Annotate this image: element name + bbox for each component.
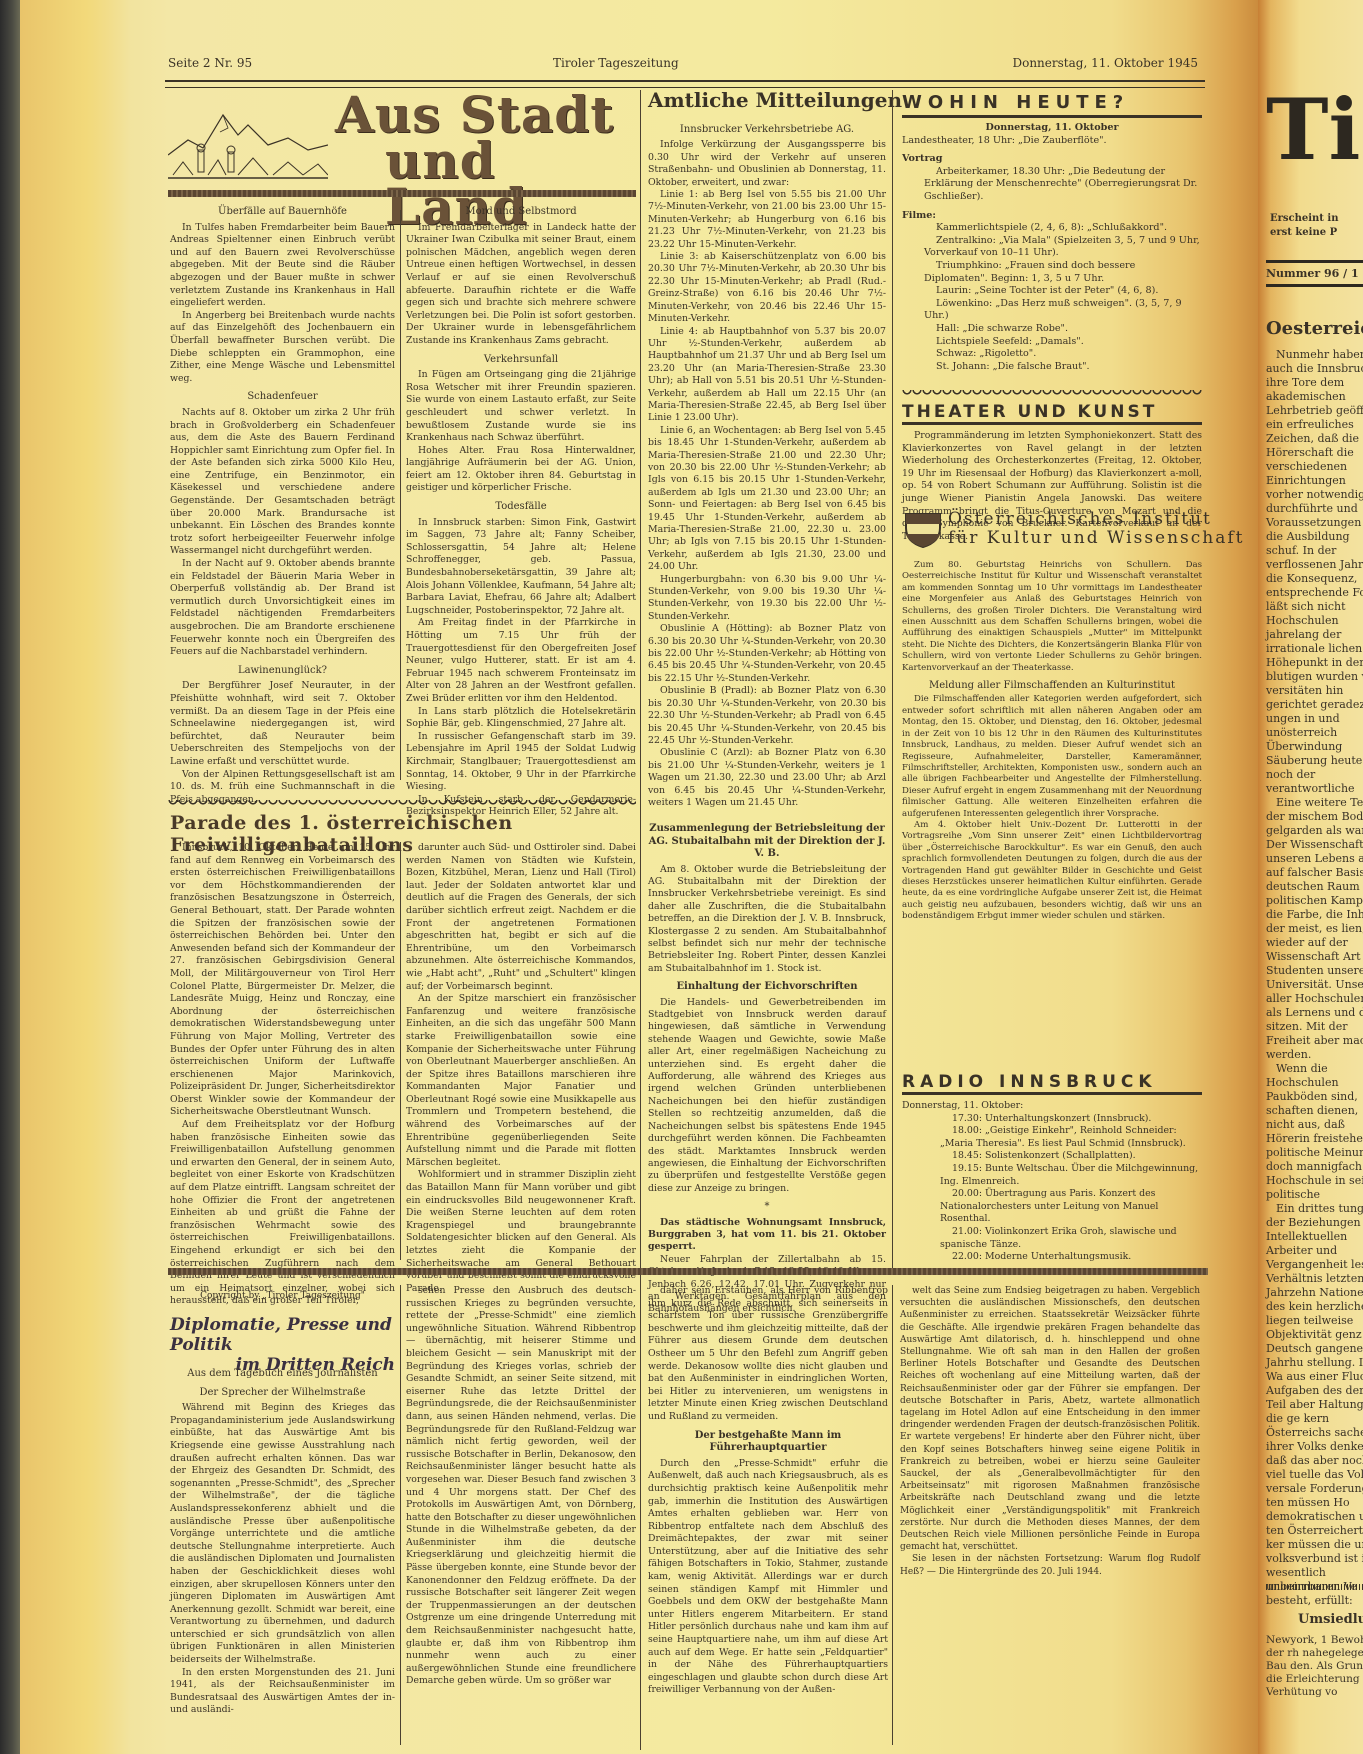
article-paragraph: Nunmehr haben auch die Innsbrucks ihre T… (1266, 348, 1363, 796)
radio-program-item: 17.30: Unterhaltungskonzert (Innsbruck). (902, 1113, 1202, 1126)
book-binding (0, 0, 20, 1754)
film-listing: Hall: „Die schwarze Robe". (902, 323, 1202, 336)
article-paragraph: Eine weitere Teile der mischem Boden gel… (1266, 796, 1363, 1062)
event-date: Donnerstag, 11. Oktober (902, 122, 1202, 135)
column-rule (892, 1285, 893, 1745)
article-paragraph: darunter auch Süd- und Osttiroler sind. … (406, 842, 636, 993)
article-paragraph: In Fügen am Ortseingang ging die 21jähri… (406, 369, 636, 445)
article-heading: Überfälle auf Bauernhöfe (170, 206, 395, 219)
diplomatie-column-1: Aus dem Tagebuch eines JournalistenDer S… (170, 1362, 395, 1717)
radio-date: Donnerstag, 11. Oktober: (902, 1100, 1202, 1113)
spine-shadow (20, 0, 130, 1754)
article-paragraph: daher sein Erstaunen, als Herr von Ribbe… (648, 1285, 888, 1424)
article-paragraph: welt das Seine zum Endsieg beigetragen z… (900, 1285, 1200, 1553)
article-paragraph: Im Fremdarbeiterlager in Landeck hatte d… (406, 222, 636, 348)
page-number: Seite 2 Nr. 95 (168, 56, 252, 70)
article-paragraph: Der Bergführer Josef Neurauter, in der P… (170, 680, 395, 768)
parade-column-2: darunter auch Süd- und Osttiroler sind. … (406, 842, 636, 1295)
adjacent-article-2: Newyork, 1 Bewohner der rh nahegelegene … (1266, 1634, 1363, 1699)
notice-paragraph: Die Handels- und Gewerbetreibenden im St… (648, 997, 886, 1196)
article-paragraph: Die Filmschaffenden aller Kategorien wer… (902, 694, 1202, 819)
notice-paragraph: Linie 6, an Wochentagen: ab Berg Isel vo… (648, 425, 886, 574)
article-paragraph: In Innsbruck starben: Simon Fink, Gastwi… (406, 517, 636, 618)
adjacent-article: Nunmehr haben auch die Innsbrucks ihre T… (1266, 348, 1363, 1608)
adjacent-subtitle: Erscheint in erst keine P (1270, 212, 1338, 240)
article-heading: Schadenfeuer (170, 391, 395, 404)
parade-column-1: Innsbruck, 10. Oktober. Heute um 15 Uhr … (170, 842, 395, 1308)
adjacent-headline-2: Umsiedlun (1298, 1612, 1363, 1627)
copyright-line: Copyright by „Tiroler Tageszeitung" (170, 1290, 395, 1303)
article-heading: Meldung aller Filmschaffenden an Kulturi… (902, 680, 1202, 691)
notice-heading: Zusammenlegung der Betriebsleitung der A… (648, 823, 886, 860)
film-listing: St. Johann: „Die falsche Braut". (902, 361, 1202, 374)
austrian-shield-icon (904, 512, 942, 548)
article-paragraph: Nachts auf 8. Oktober um zirka 2 Uhr frü… (170, 407, 395, 558)
issue-date: Donnerstag, 11. Oktober 1945 (1012, 56, 1198, 70)
film-listing: Löwenkino: „Das Herz muß schweigen". (3,… (902, 298, 1202, 323)
adjacent-issue-number: Nummer 96 / 1 (1266, 260, 1363, 287)
section-title-wohin-heute: WOHIN HEUTE? (902, 92, 1202, 118)
wavy-divider (902, 390, 1202, 398)
diplomatie-column-4: welt das Seine zum Endsieg beigetragen z… (900, 1285, 1200, 1578)
article-paragraph: Innsbruck, 10. Oktober. Heute um 15 Uhr … (170, 842, 395, 1119)
adjacent-masthead: Ti (1266, 80, 1360, 179)
article-paragraph: schen Presse den Ausbruch des deutsch-ru… (406, 1285, 636, 1688)
diplomatie-column-2: schen Presse den Ausbruch des deutsch-ru… (406, 1285, 636, 1688)
notice-paragraph: Am 8. Oktober wurde die Betriebsleitung … (648, 864, 886, 976)
column-rule (400, 842, 401, 1260)
article-paragraph: Durch den „Presse-Schmidt" erfuhr die Au… (648, 1458, 888, 1697)
local-news-column-2: Mord und SelbstmordIm Fremdarbeiterlager… (406, 200, 636, 819)
column-rule (400, 210, 401, 780)
adjacent-divider (1266, 1584, 1363, 1590)
whats-on-column: Donnerstag, 11. OktoberLandestheater, 18… (902, 122, 1202, 373)
masthead-rule (165, 80, 1205, 88)
film-listing: Kammerlichtspiele (2, 4, 6, 8): „Schlußa… (902, 222, 1202, 235)
asterisk-divider: * (648, 1201, 886, 1213)
section-divider (168, 190, 636, 197)
article-heading: Der Sprecher der Wilhelmstraße (170, 1387, 395, 1400)
notice-paragraph: Hungerburgbahn: von 6.30 bis 9.00 Uhr ¼-… (648, 574, 886, 624)
article-heading: Der bestgehaßte Mann im Führerhauptquart… (648, 1430, 888, 1455)
notice-paragraph: Linie 1: ab Berg Isel von 5.55 bis 21.00… (648, 189, 886, 251)
radio-program-item: 19.15: Bunte Weltschau. Über die Milchge… (902, 1163, 1202, 1188)
article-subtitle: Aus dem Tagebuch eines Journalisten (170, 1368, 395, 1381)
section-title-theater-und-kunst: THEATER UND KUNST (902, 402, 1202, 425)
article-paragraph: In der Nacht auf 9. Oktober abends brann… (170, 558, 395, 659)
notice-paragraph: Linie 4: ab Hauptbahnhof von 5.37 bis 20… (648, 326, 886, 425)
notice-paragraph: Obuslinie A (Hötting): ab Bozner Platz v… (648, 623, 886, 685)
bottom-section-divider (168, 1268, 1208, 1275)
article-paragraph: Am 4. Oktober hielt Univ.-Dozent Dr. Lut… (902, 820, 1202, 923)
article-paragraph: Ein drittes tung der Beziehungen der Int… (1266, 1202, 1363, 1608)
adjacent-page: Ti Erscheint in erst keine P Nummer 96 /… (1258, 0, 1363, 1754)
notice-paragraph: Obuslinie B (Pradl): ab Bozner Platz von… (648, 685, 886, 747)
local-news-column-1: Überfälle auf BauernhöfeIn Tulfes haben … (170, 200, 395, 806)
radio-program-column: Donnerstag, 11. Oktober:17.30: Unterhalt… (902, 1100, 1202, 1264)
notice-paragraph: Infolge Verkürzung der Ausgangssperre bi… (648, 139, 886, 189)
article-paragraph: In Lans starb plötzlich die Hotelsekretä… (406, 706, 636, 731)
article-heading: Verkehrsunfall (406, 354, 636, 367)
masthead: Seite 2 Nr. 95 Tiroler Tageszeitung Donn… (168, 52, 1198, 78)
mountain-town-illustration-icon (168, 100, 328, 180)
adjacent-headline: Oesterreich (1266, 318, 1363, 339)
article-heading: Lawinenunglück? (170, 665, 395, 678)
film-listing: Schwaz: „Rigoletto". (902, 348, 1202, 361)
wavy-divider (168, 800, 636, 808)
article-paragraph: Auf dem Freiheitsplatz vor der Hofburg h… (170, 1119, 395, 1308)
article-paragraph: Wenn die Hochschulen Paukböden sind, sch… (1266, 1062, 1363, 1202)
notice-heading: Einhaltung der Eichvorschriften (648, 981, 886, 993)
article-paragraph: Während mit Beginn des Krieges das Propa… (170, 1402, 395, 1666)
article-paragraph: Zum 80. Geburtstag Heinrichs von Schulle… (902, 560, 1202, 674)
article-paragraph: An der Spitze marschiert ein französisch… (406, 993, 636, 1169)
article-paragraph: Wohlformiert und in strammer Disziplin z… (406, 1169, 636, 1295)
column-rule (400, 1285, 401, 1745)
event-item: Arbeiterkamer, 18.30 Uhr: „Die Bedeutung… (902, 166, 1202, 204)
official-notices-column: Innsbrucker Verkehrsbetriebe AG.Infolge … (648, 118, 886, 1316)
event-category: Filme: (902, 210, 1202, 223)
film-listing: Laurin: „Seine Tochter ist der Peter" (4… (902, 285, 1202, 298)
institut-column: Zum 80. Geburtstag Heinrichs von Schulle… (902, 560, 1202, 923)
diplomatie-column-3: daher sein Erstaunen, als Herr von Ribbe… (648, 1285, 888, 1697)
radio-program-item: 22.00: Moderne Unterhaltungsmusik. (902, 1251, 1202, 1264)
article-paragraph: In den ersten Morgenstunden des 21. Juni… (170, 1667, 395, 1717)
radio-program-item: 20.00: Übertragung aus Paris. Konzert de… (902, 1188, 1202, 1226)
column-rule (640, 90, 641, 1750)
article-heading: Mord und Selbstmord (406, 206, 636, 219)
film-listing: Lichtspiele Seefeld: „Damals". (902, 336, 1202, 349)
notice-paragraph: Das städtische Wohnungsamt Innsbruck, Bu… (648, 1217, 886, 1254)
article-paragraph: In Tulfes haben Fremdarbeiter beim Bauer… (170, 222, 395, 310)
film-listing: Zentralkino: „Via Mala" (Spielzeiten 3, … (902, 235, 1202, 260)
event-item: Landestheater, 18 Uhr: „Die Zauberflöte"… (902, 135, 1202, 148)
radio-program-item: 18.45: Solistenkonzert (Schallplatten). (902, 1150, 1202, 1163)
column-rule (892, 90, 893, 1270)
article-paragraph: In Angerberg bei Breitenbach wurde nacht… (170, 310, 395, 386)
article-paragraph: Am Freitag findet in der Pfarrkirche in … (406, 617, 636, 705)
article-paragraph: In russischer Gefangenschaft starb im 39… (406, 731, 636, 794)
article-heading: Todesfälle (406, 501, 636, 514)
radio-program-item: 18.00: „Geistige Einkehr", Reinhold Schn… (902, 1125, 1202, 1150)
article-paragraph: Hohes Alter. Frau Rosa Hinterwaldner, la… (406, 445, 636, 495)
notice-paragraph: Obuslinie C (Arzl): ab Bozner Platz von … (648, 747, 886, 809)
section-title-radio-innsbruck: RADIO INNSBRUCK (902, 1072, 1202, 1095)
newspaper-name: Tiroler Tageszeitung (553, 56, 679, 70)
notice-subheading: Innsbrucker Verkehrsbetriebe AG. (648, 124, 886, 136)
article-paragraph: Sie lesen in der nächsten Fortsetzung: W… (900, 1553, 1200, 1577)
event-category: Vortrag (902, 153, 1202, 166)
section-title-amtliche-mitteilungen: Amtliche Mitteilungen (648, 88, 902, 112)
notice-paragraph: Linie 3: ab Kaiserschützenplatz von 6.00… (648, 251, 886, 325)
radio-program-item: 21.00: Violinkonzert Erika Groh, slawisc… (902, 1226, 1202, 1251)
institut-heading: Österreichisches Institut für Kultur und… (948, 510, 1245, 548)
film-listing: Triumphkino: „Frauen sind doch bessere D… (902, 260, 1202, 285)
